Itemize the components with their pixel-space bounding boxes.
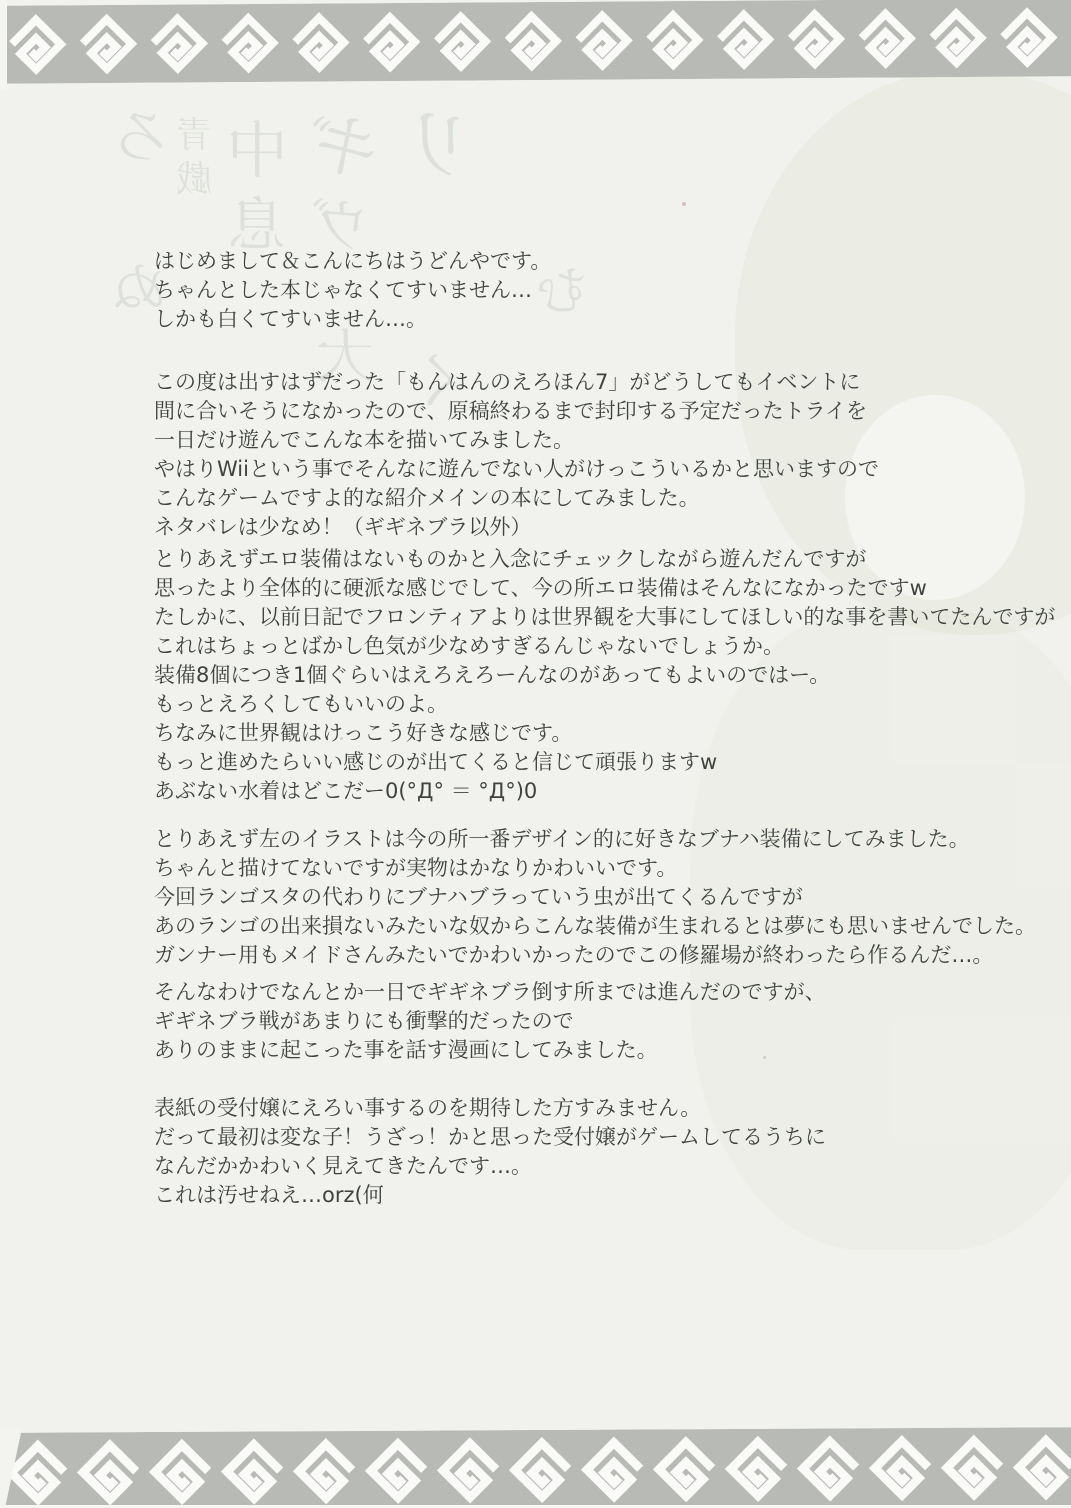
- afterword-line: あぶない水着はどこだー0(°Д° ＝ °Д°)0: [154, 777, 1055, 806]
- afterword-paragraph-2: この度は出すはずだった「もんはんのえろほん7」がどうしてもイベントに間に合いそう…: [154, 368, 879, 542]
- afterword-text: はじめまして＆こんにちはうどんやです。ちゃんとした本じゃなくてすいません…しかも…: [0, 0, 1071, 1508]
- afterword-line: 思ったより全体的に硬派な感じでして、今の所エロ装備はそんなになかったですw: [154, 574, 1055, 603]
- afterword-line: ちゃんとした本じゃなくてすいません…: [154, 276, 551, 305]
- afterword-line: こんなゲームですよ的な紹介メインの本にしてみました。: [154, 484, 879, 513]
- afterword-line: はじめまして＆こんにちはうどんやです。: [154, 247, 551, 276]
- afterword-paragraph-4: とりあえず左のイラストは今の所一番デザイン的に好きなブナハ装備にしてみました。ち…: [154, 825, 1036, 970]
- afterword-paragraph-1: はじめまして＆こんにちはうどんやです。ちゃんとした本じゃなくてすいません…しかも…: [154, 247, 551, 334]
- afterword-line: あのランゴの出来損ないみたいな奴からこんな装備が生まれるとは夢にも思いませんでし…: [154, 912, 1036, 941]
- afterword-paragraph-6: 表紙の受付嬢にえろい事するのを期待した方すみません。だって最初は変な子！うざっ！…: [154, 1094, 826, 1210]
- afterword-line: たしかに、以前日記でフロンティアよりは世界観を大事にしてほしい的な事を書いてたん…: [154, 603, 1055, 632]
- afterword-line: しかも白くてすいません…。: [154, 305, 551, 334]
- afterword-line: とりあえずエロ装備はないものかと入念にチェックしながら遊んだんですが: [154, 545, 1055, 574]
- afterword-line: とりあえず左のイラストは今の所一番デザイン的に好きなブナハ装備にしてみました。: [154, 825, 1036, 854]
- afterword-line: これはちょっとばかし色気が少なめすぎるんじゃないでしょうか。: [154, 632, 1055, 661]
- afterword-line: ガンナー用もメイドさんみたいでかわいかったのでこの修羅場が終わったら作るんだ…。: [154, 941, 1036, 970]
- afterword-line: だって最初は変な子！うざっ！かと思った受付嬢がゲームしてるうちに: [154, 1123, 826, 1152]
- afterword-line: なんだかかわいく見えてきたんです…。: [154, 1152, 826, 1181]
- afterword-line: これは汚せねえ…orz(何: [154, 1181, 826, 1210]
- afterword-line: 装備8個につき1個ぐらいはえろえろーんなのがあってもよいのではー。: [154, 661, 1055, 690]
- afterword-line: 間に合いそうになかったので、原稿終わるまで封印する予定だったトライを: [154, 397, 879, 426]
- afterword-line: もっとえろくしてもいいのよ。: [154, 690, 1055, 719]
- afterword-line: 今回ランゴスタの代わりにブナハブラっていう虫が出てくるんですが: [154, 883, 1036, 912]
- afterword-line: ネタバレは少なめ！（ギギネブラ以外）: [154, 513, 879, 542]
- afterword-line: ありのままに起こった事を話す漫画にしてみました。: [154, 1036, 826, 1065]
- afterword-line: 一日だけ遊んでこんな本を描いてみました。: [154, 426, 879, 455]
- scanned-page: リギ中青戯息ヴろぬ大くむ はじめまして＆こんにちはうどんやです。ちゃんとした本じ…: [0, 0, 1071, 1508]
- afterword-line: この度は出すはずだった「もんはんのえろほん7」がどうしてもイベントに: [154, 368, 879, 397]
- afterword-line: 表紙の受付嬢にえろい事するのを期待した方すみません。: [154, 1094, 826, 1123]
- afterword-line: ちゃんと描けてないですが実物はかなりかわいいです。: [154, 854, 1036, 883]
- afterword-paragraph-5: そんなわけでなんとか一日でギギネブラ倒す所までは進んだのですが、ギギネブラ戦があ…: [154, 978, 826, 1065]
- afterword-line: もっと進めたらいい感じのが出てくると信じて頑張りますw: [154, 748, 1055, 777]
- afterword-paragraph-3: とりあえずエロ装備はないものかと入念にチェックしながら遊んだんですが思ったより全…: [154, 545, 1055, 806]
- afterword-line: ちなみに世界観はけっこう好きな感じです。: [154, 719, 1055, 748]
- afterword-line: やはりWiiという事でそんなに遊んでない人がけっこういるかと思いますので: [154, 455, 879, 484]
- afterword-line: ギギネブラ戦があまりにも衝撃的だったので: [154, 1007, 826, 1036]
- afterword-line: そんなわけでなんとか一日でギギネブラ倒す所までは進んだのですが、: [154, 978, 826, 1007]
